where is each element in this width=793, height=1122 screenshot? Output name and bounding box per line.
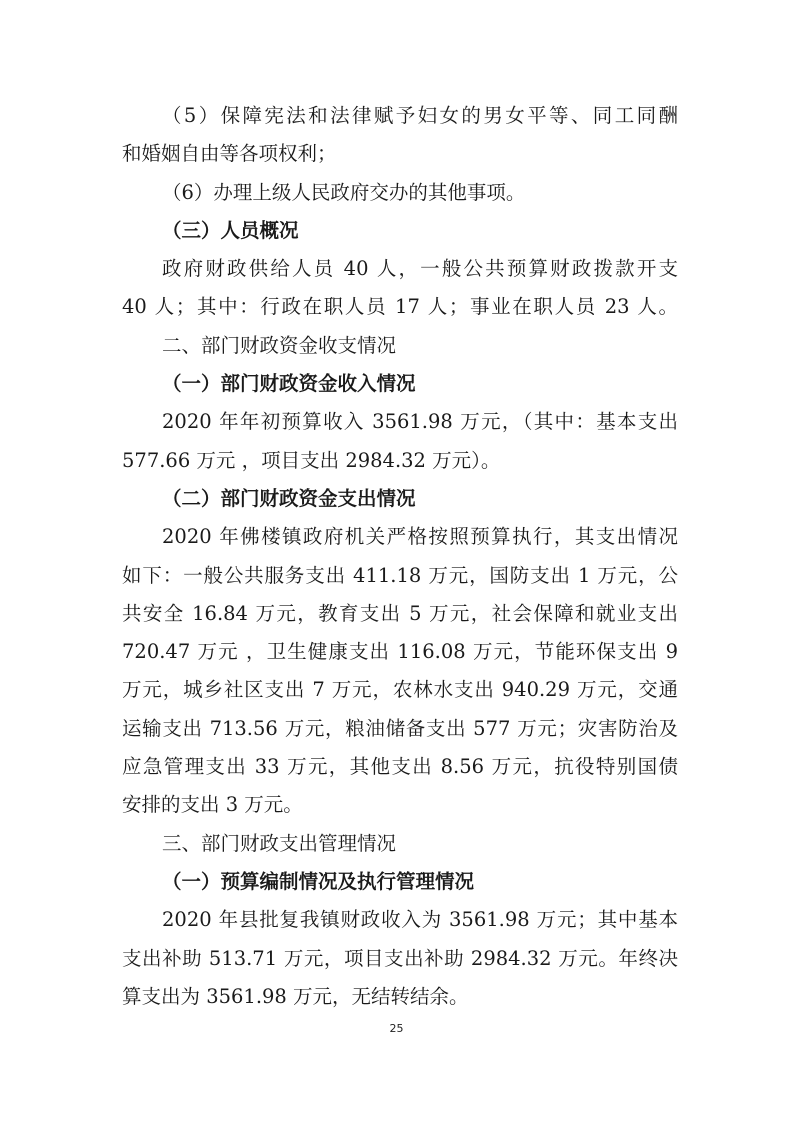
subheading-income: （一）部门财政资金收入情况 xyxy=(122,365,678,403)
subheading-expenditure: （二）部门财政资金支出情况 xyxy=(122,480,678,518)
paragraph-line-budget-1: 2020 年县批复我镇财政收入为 3561.98 万元；其中基本 xyxy=(122,901,678,939)
paragraph-line-item5: （5）保障宪法和法律赋予妇女的男女平等、同工同酬 xyxy=(122,97,678,135)
paragraph-line-expenditure-8: 安排的支出 3 万元。 xyxy=(122,786,678,824)
document-page: （5）保障宪法和法律赋予妇女的男女平等、同工同酬 和婚姻自由等各项权利； （6）… xyxy=(122,97,678,1016)
paragraph-line-expenditure-7: 应急管理支出 33 万元，其他支出 8.56 万元，抗役特别国债 xyxy=(122,748,678,786)
paragraph-line-income: 2020 年年初预算收入 3561.98 万元，（其中：基本支出 xyxy=(122,403,678,441)
paragraph-line-staff-cont: 40 人；其中：行政在职人员 17 人；事业在职人员 23 人。 xyxy=(122,288,678,326)
subheading-staff-overview: （三）人员概况 xyxy=(122,212,678,250)
paragraph-line-budget-3: 算支出为 3561.98 万元，无结转结余。 xyxy=(122,978,678,1016)
paragraph-line-item5-cont: 和婚姻自由等各项权利； xyxy=(122,135,678,173)
paragraph-line-expenditure-2: 如下：一般公共服务支出 411.18 万元，国防支出 1 万元，公 xyxy=(122,557,678,595)
paragraph-line-budget-2: 支出补助 513.71 万元，项目支出补助 2984.32 万元。年终决 xyxy=(122,940,678,978)
section-heading-expenditure-management: 三、部门财政支出管理情况 xyxy=(122,825,678,863)
paragraph-line-expenditure-1: 2020 年佛楼镇政府机关严格按照预算执行，其支出情况 xyxy=(122,518,678,556)
paragraph-line-income-cont: 577.66 万元 ，项目支出 2984.32 万元）。 xyxy=(122,442,678,480)
paragraph-line-expenditure-4: 720.47 万元 ，卫生健康支出 116.08 万元，节能环保支出 9 xyxy=(122,633,678,671)
page-number: 25 xyxy=(0,1022,793,1035)
paragraph-line-expenditure-3: 共安全 16.84 万元，教育支出 5 万元，社会保障和就业支出 xyxy=(122,595,678,633)
section-heading-income-expenditure: 二、部门财政资金收支情况 xyxy=(122,327,678,365)
paragraph-line-staff: 政府财政供给人员 40 人，一般公共预算财政拨款开支 xyxy=(122,250,678,288)
subheading-budget-preparation: （一）预算编制情况及执行管理情况 xyxy=(122,863,678,901)
paragraph-line-expenditure-5: 万元，城乡社区支出 7 万元，农林水支出 940.29 万元，交通 xyxy=(122,671,678,709)
paragraph-line-item6: （6）办理上级人民政府交办的其他事项。 xyxy=(122,174,678,212)
paragraph-line-expenditure-6: 运输支出 713.56 万元，粮油储备支出 577 万元；灾害防治及 xyxy=(122,710,678,748)
